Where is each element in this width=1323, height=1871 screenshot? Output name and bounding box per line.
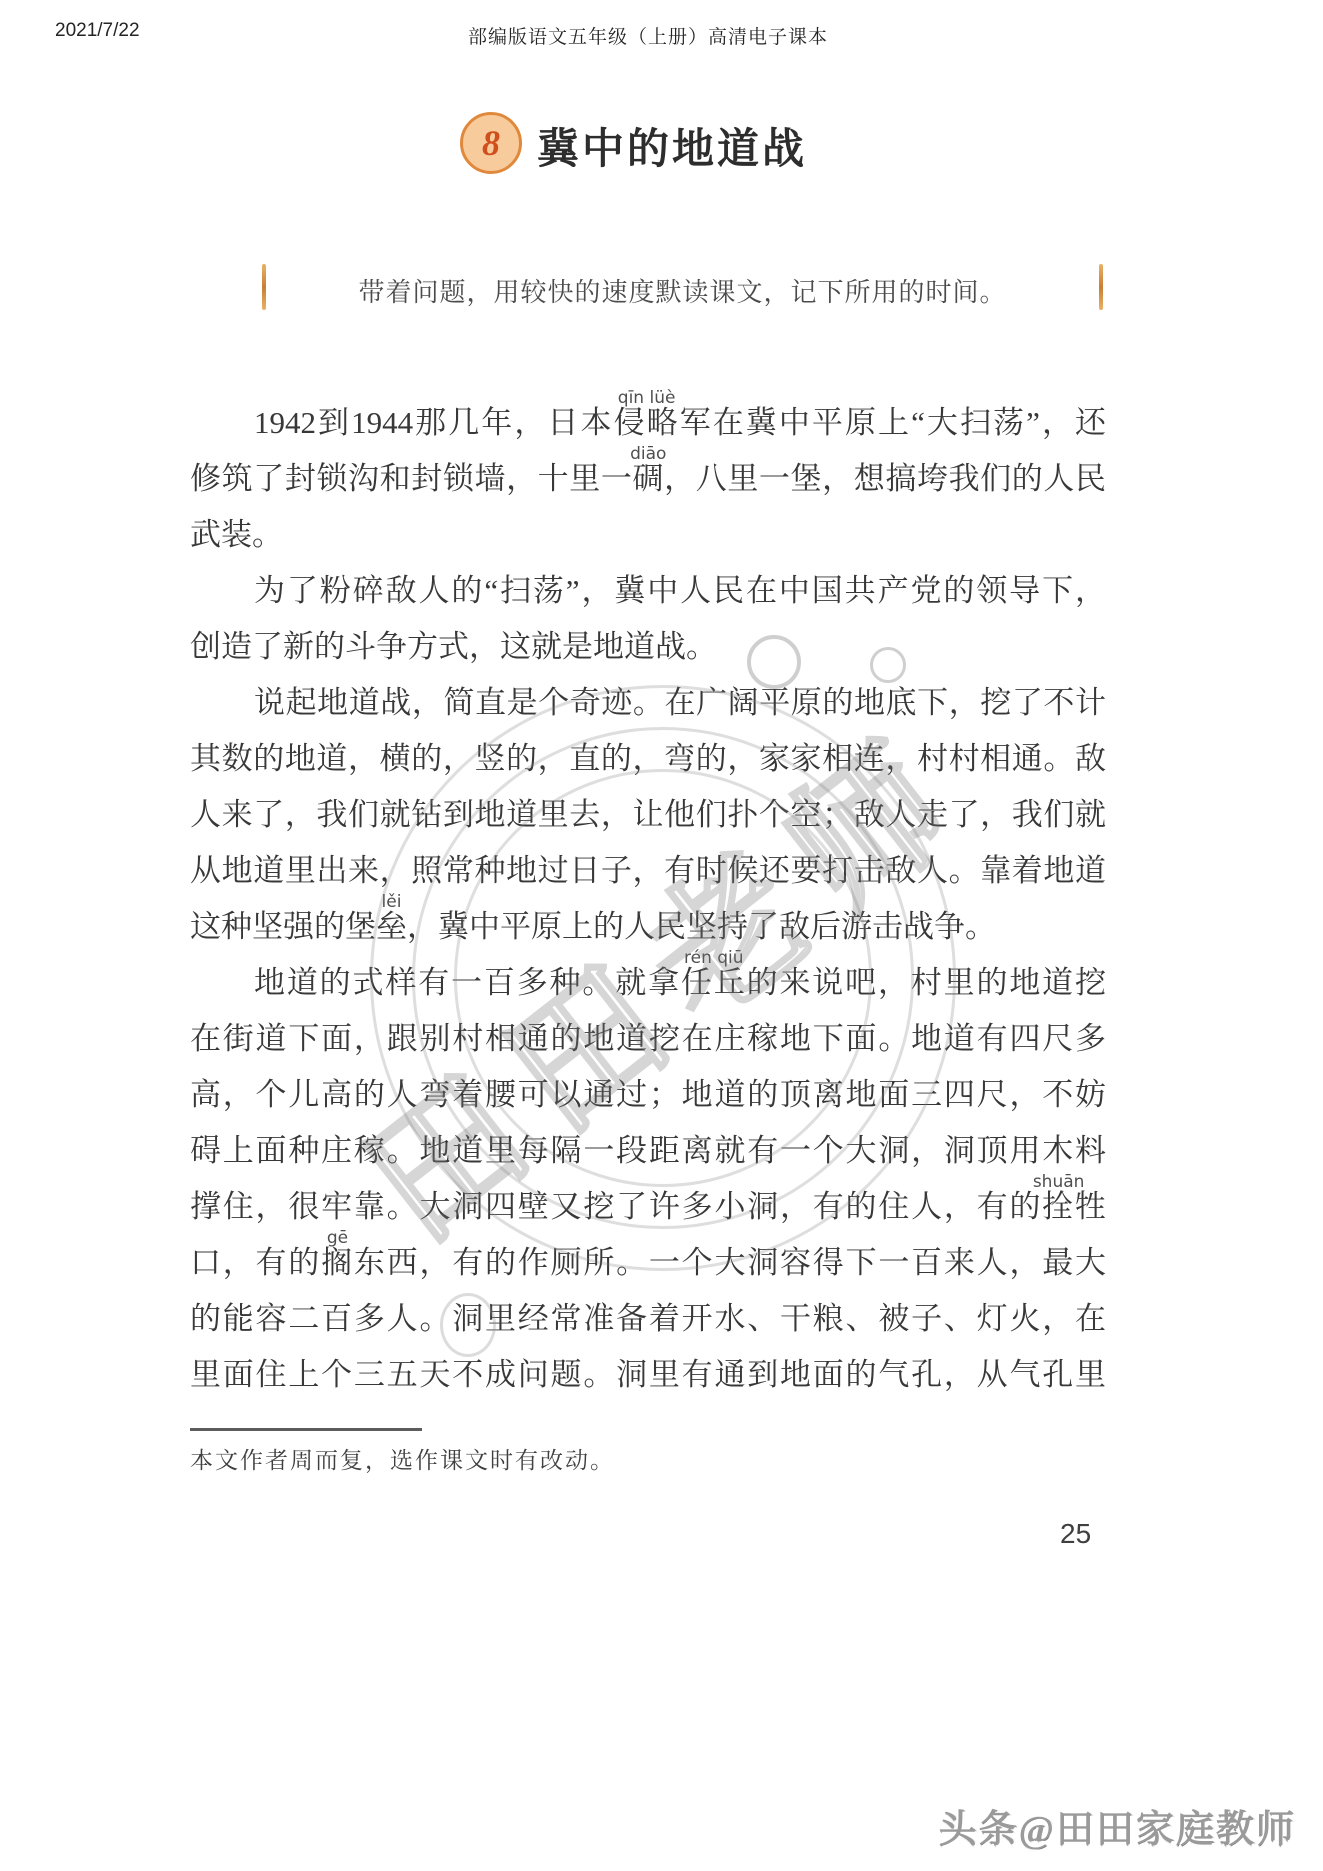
text-segment: 这种坚强的堡 (190, 909, 376, 944)
annotated-word: 碉diāo (633, 461, 665, 496)
paragraph: 1942到1944那几年，日本侵略qīn lüè军在冀中平原上“大扫荡”，还修筑… (190, 395, 1106, 563)
textbook-page: 2021/7/22 部编版语文五年级（上册）高清电子课本 8 冀中的地道战 带着… (0, 0, 1323, 1871)
prompt-left-bar (262, 264, 266, 310)
pinyin-annotation: diāo (630, 446, 666, 463)
paragraph: 说起地道战，简直是个奇迹。在广阔平原的地底下，挖了不计其数的地道，横的，竖的，直… (190, 675, 1106, 955)
footnote-text: 本文作者周而复，选作课文时有改动。 (190, 1442, 615, 1475)
text-segment: 在街道下面，跟别村相通的地道挖在庄稼地下面。地道有四尺多 (190, 1021, 1106, 1056)
text-line: 的能容二百多人。洞里经常准备着开水、干粮、被子、灯火，在 (190, 1291, 1106, 1347)
annotated-word: 侵略qīn lüè (614, 405, 680, 440)
text-line: 这种坚强的堡垒lěi，冀中平原上的人民坚持了敌后游击战争。 (190, 899, 1106, 955)
text-segment: 牲 (1075, 1189, 1106, 1224)
text-segment: 武装。 (190, 517, 283, 552)
text-segment: 说起地道战，简直是个奇迹。在广阔平原的地底下，挖了不计 (254, 685, 1106, 720)
annotated-word: 任丘rén qiū (681, 965, 747, 1000)
text-segment: 的能容二百多人。洞里经常准备着开水、干粮、被子、灯火，在 (190, 1301, 1106, 1336)
text-line: 其数的地道，横的，竖的，直的，弯的，家家相连，村村相通。敌 (190, 731, 1106, 787)
pinyin-annotation: qīn lüè (618, 390, 676, 407)
toutiao-watermark: 头条@田田家庭教师 (0, 1798, 1296, 1853)
lesson-number-badge: 8 (460, 112, 522, 174)
text-segment: ，八里一堡，想搞垮我们的人民 (664, 461, 1106, 496)
text-line: 在街道下面，跟别村相通的地道挖在庄稼地下面。地道有四尺多 (190, 1011, 1106, 1067)
text-line: 从地道里出来，照常种地过日子，有时候还要打击敌人。靠着地道 (190, 843, 1106, 899)
reading-prompt: 带着问题，用较快的速度默读课文，记下所用的时间。 (300, 272, 1065, 309)
paragraph: 地道的式样有一百多种。就拿任丘rén qiū的来说吧，村里的地道挖在街道下面，跟… (190, 955, 1106, 1403)
pinyin-annotation: rén qiū (684, 950, 744, 967)
text-line: 说起地道战，简直是个奇迹。在广阔平原的地底下，挖了不计 (190, 675, 1106, 731)
text-line: 碍上面种庄稼。地道里每隔一段距离就有一个大洞，洞顶用木料 (190, 1123, 1106, 1179)
document-header-title: 部编版语文五年级（上册）高清电子课本 (0, 22, 1296, 49)
annotated-word: 搁gē (321, 1245, 354, 1280)
annotated-word: 垒lěi (376, 909, 407, 944)
text-segment: 高，个儿高的人弯着腰可以通过；地道的顶离地面三四尺，不妨 (190, 1077, 1106, 1112)
text-segment: 1942到1944那几年，日本 (254, 405, 614, 440)
text-segment: 为了粉碎敌人的“扫荡”，冀中人民在中国共产党的领导下， (254, 573, 1106, 608)
text-segment: 口，有的 (190, 1245, 321, 1280)
text-segment: ，冀中平原上的人民坚持了敌后游击战争。 (407, 909, 996, 944)
text-segment: 撑住，很牢靠。大洞四壁又挖了许多小洞，有的住人，有的 (190, 1189, 1042, 1224)
text-line: 地道的式样有一百多种。就拿任丘rén qiū的来说吧，村里的地道挖 (190, 955, 1106, 1011)
text-segment: 修筑了封锁沟和封锁墙，十里一 (190, 461, 633, 496)
text-line: 1942到1944那几年，日本侵略qīn lüè军在冀中平原上“大扫荡”，还 (190, 395, 1106, 451)
text-line: 为了粉碎敌人的“扫荡”，冀中人民在中国共产党的领导下， (190, 563, 1106, 619)
prompt-right-bar (1099, 264, 1103, 310)
text-line: 创造了新的斗争方式，这就是地道战。 (190, 619, 1106, 675)
text-segment: 从地道里出来，照常种地过日子，有时候还要打击敌人。靠着地道 (190, 853, 1106, 888)
footnote-divider (190, 1428, 422, 1431)
text-line: 撑住，很牢靠。大洞四壁又挖了许多小洞，有的住人，有的拴shuān牲 (190, 1179, 1106, 1235)
text-line: 人来了，我们就钻到地道里去，让他们扑个空；敌人走了，我们就 (190, 787, 1106, 843)
text-segment: 创造了新的斗争方式，这就是地道战。 (190, 629, 717, 664)
text-segment: 的来说吧，村里的地道挖 (747, 965, 1106, 1000)
text-segment: 军在冀中平原上“大扫荡”，还 (680, 405, 1106, 440)
text-line: 里面住上个三五天不成问题。洞里有通到地面的气孔，从气孔里 (190, 1347, 1106, 1403)
text-segment: 其数的地道，横的，竖的，直的，弯的，家家相连，村村相通。敌 (190, 741, 1106, 776)
text-line: 口，有的搁gē东西，有的作厕所。一个大洞容得下一百来人，最大 (190, 1235, 1106, 1291)
text-segment: 地道的式样有一百多种。就拿 (254, 965, 681, 1000)
text-segment: 碍上面种庄稼。地道里每隔一段距离就有一个大洞，洞顶用木料 (190, 1133, 1106, 1168)
lesson-number: 8 (482, 125, 500, 161)
pinyin-annotation: lěi (382, 894, 402, 911)
lesson-title: 冀中的地道战 (537, 116, 807, 176)
annotated-word: 拴shuān (1042, 1189, 1075, 1224)
text-line: 修筑了封锁沟和封锁墙，十里一碉diāo，八里一堡，想搞垮我们的人民 (190, 451, 1106, 507)
text-segment: 里面住上个三五天不成问题。洞里有通到地面的气孔，从气孔里 (190, 1357, 1106, 1392)
paragraph: 为了粉碎敌人的“扫荡”，冀中人民在中国共产党的领导下，创造了新的斗争方式，这就是… (190, 563, 1106, 675)
text-line: 高，个儿高的人弯着腰可以通过；地道的顶离地面三四尺，不妨 (190, 1067, 1106, 1123)
page-number: 25 (1060, 1518, 1091, 1550)
text-line: 武装。 (190, 507, 1106, 563)
text-body: 1942到1944那几年，日本侵略qīn lüè军在冀中平原上“大扫荡”，还修筑… (190, 395, 1106, 1403)
text-segment: 人来了，我们就钻到地道里去，让他们扑个空；敌人走了，我们就 (190, 797, 1106, 832)
text-segment: 东西，有的作厕所。一个大洞容得下一百来人，最大 (354, 1245, 1106, 1280)
pinyin-annotation: gē (327, 1230, 348, 1247)
